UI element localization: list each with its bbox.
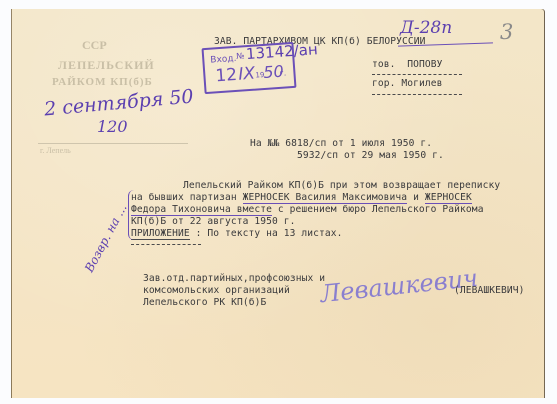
stamp-month: IX: [238, 64, 256, 85]
incoming-registration-stamp: Вход. № 13142/ан 12 IX 19 50 г.: [202, 42, 297, 94]
body-line3-post: с решением бюро Лепельского Райкома: [272, 204, 484, 215]
faded-letterhead-line2: ЛЕПЕЛЬСКИЙ: [58, 58, 155, 73]
reference-line1: На №№ 6818/сп от 1 июля 1950 г.: [250, 138, 432, 149]
reference-line2: 5932/сп от 29 мая 1950 г.: [297, 150, 444, 161]
signatory-name: (ЛЕВАШКЕВИЧ): [454, 285, 525, 296]
signature-line2: комсомольских организаций: [143, 285, 290, 296]
body-line2-mid: и: [407, 192, 425, 203]
signature-line1: Зав.отд.партийных,профсоюзных и: [143, 273, 325, 284]
body-line2-pre: на бывших партизан: [131, 192, 243, 203]
stamp-label-no: №: [236, 51, 245, 61]
faded-letterhead-line3: РАЙКОМ КП(б)Б: [52, 76, 153, 88]
partisan-name-2: Федора Тихоновича вместе: [131, 204, 272, 216]
faded-letterhead-line4: г. Лепель: [40, 146, 71, 155]
letterhead-rule: [38, 143, 188, 144]
signature-line3: Лепельского РК КП(б)Б: [143, 297, 266, 308]
addressee-dash1: [372, 74, 462, 75]
attachment-text: : По тексту на 13 листах.: [190, 228, 343, 239]
addressee-dash2: [372, 94, 462, 95]
archive-code: Д-28п: [400, 18, 452, 38]
stamp-day: 12: [215, 65, 238, 86]
archive-code-text: Д-28п: [400, 18, 452, 38]
partisan-surname-2: ЖЕРНОСЕК: [425, 192, 472, 204]
attachment-label: ПРИЛОЖЕНИЕ: [131, 228, 190, 240]
body-line1: Лепельский Райком КП(б)Б при этом возвра…: [183, 180, 500, 191]
body-dash: [131, 244, 201, 245]
body-line5: ПРИЛОЖЕНИЕ : По тексту на 13 листах.: [131, 228, 343, 239]
partisan-name-1: ЖЕРНОСЕК Василия Максимовича: [243, 192, 408, 204]
margin-bracket: [128, 190, 135, 240]
addressee-line3: гор. Могилев: [372, 78, 443, 89]
handwritten-outgoing-number: 120: [97, 117, 128, 136]
body-line4: КП(б)Б от 22 августа 1950 г.: [131, 216, 296, 227]
faded-letterhead-line1: ССР: [82, 38, 107, 53]
body-line2: на бывших партизан ЖЕРНОСЕК Василия Макс…: [131, 192, 472, 203]
page-number: 3: [500, 20, 513, 44]
addressee-line2: тов. ПОПОВУ: [372, 59, 443, 70]
stamp-label-in: Вход.: [210, 54, 237, 66]
stamp-year-suffix: г.: [279, 68, 286, 77]
body-line3: Федора Тихоновича вместе с решением бюро…: [131, 204, 484, 215]
